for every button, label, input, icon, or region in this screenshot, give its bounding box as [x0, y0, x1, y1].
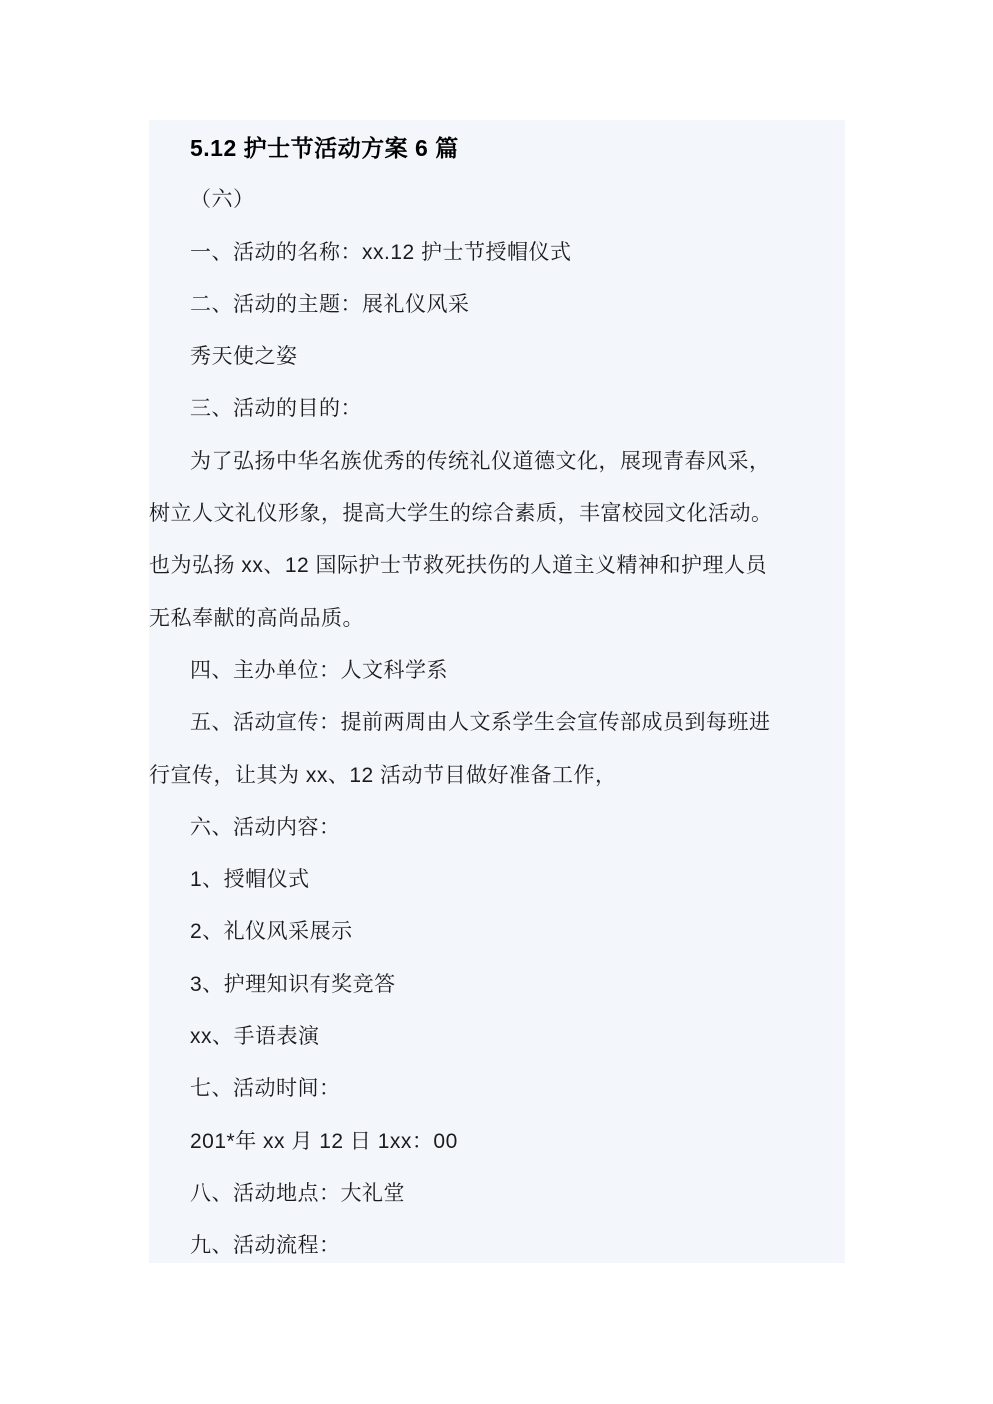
doc-line: 七、活动时间：	[149, 1063, 845, 1115]
doc-line: 无私奉献的高尚品质。	[149, 593, 845, 645]
doc-line: 三、活动的目的：	[149, 383, 845, 435]
doc-line: 为了弘扬中华名族优秀的传统礼仪道德文化，展现青春风采，	[149, 436, 845, 488]
doc-title: 5.12 护士节活动方案 6 篇	[149, 122, 845, 174]
doc-line: 2、礼仪风采展示	[149, 906, 845, 958]
doc-line: 九、活动流程：	[149, 1220, 845, 1263]
doc-line: 六、活动内容：	[149, 802, 845, 854]
doc-line: 秀天使之姿	[149, 331, 845, 383]
doc-line: 也为弘扬 xx、12 国际护士节救死扶伤的人道主义精神和护理人员	[149, 540, 845, 592]
doc-line: 树立人文礼仪形象，提高大学生的综合素质，丰富校园文化活动。	[149, 488, 845, 540]
doc-line: 3、护理知识有奖竞答	[149, 959, 845, 1011]
doc-line: 行宣传，让其为 xx、12 活动节目做好准备工作，	[149, 750, 845, 802]
doc-line-section: （六）	[149, 174, 845, 226]
doc-line: 八、活动地点：大礼堂	[149, 1168, 845, 1220]
document-page: 5.12 护士节活动方案 6 篇 （六） 一、活动的名称：xx.12 护士节授帽…	[149, 120, 845, 1263]
doc-line: 二、活动的主题：展礼仪风采	[149, 279, 845, 331]
doc-line: xx、手语表演	[149, 1011, 845, 1063]
doc-line: 201*年 xx 月 12 日 1xx：00	[149, 1116, 845, 1168]
doc-line: 五、活动宣传：提前两周由人文系学生会宣传部成员到每班进	[149, 697, 845, 749]
doc-line: 1、授帽仪式	[149, 854, 845, 906]
doc-line: 四、主办单位：人文科学系	[149, 645, 845, 697]
doc-line: 一、活动的名称：xx.12 护士节授帽仪式	[149, 227, 845, 279]
